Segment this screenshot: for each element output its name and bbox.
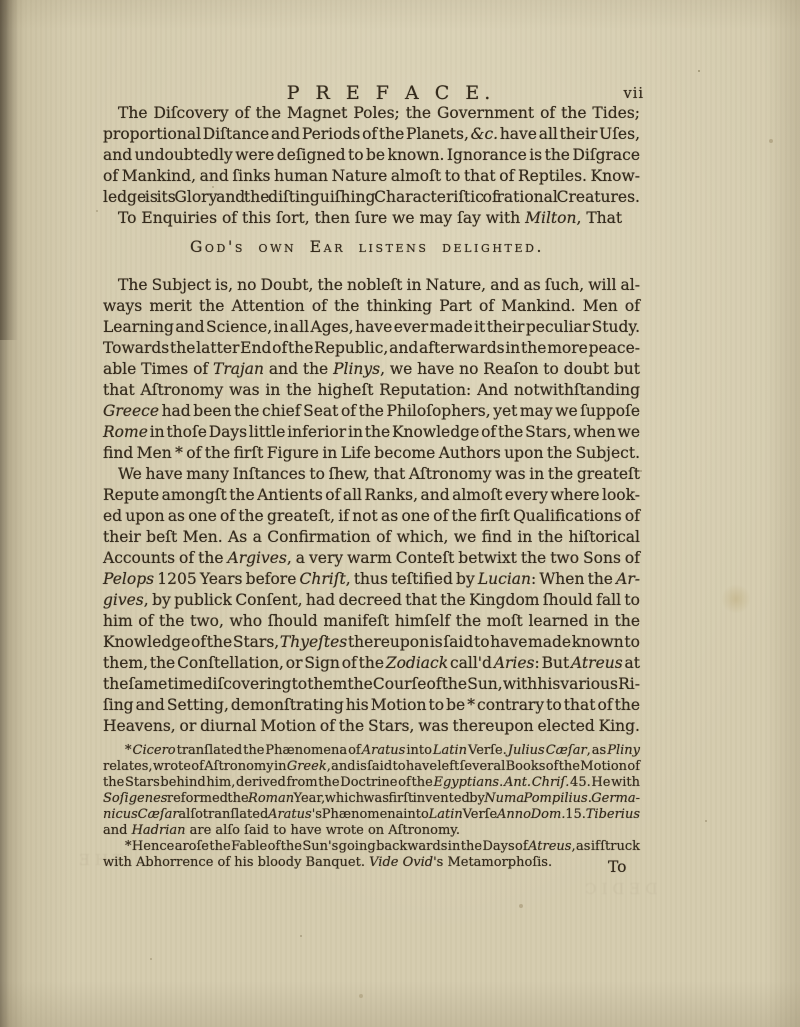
italic-text-run: Soſigenes [103, 791, 167, 806]
italic-text-run: Atreus [528, 839, 571, 854]
italic-text-run: Julius Cæſar [508, 743, 587, 758]
text-run: at [623, 654, 640, 672]
italic-text-run: Greek [287, 759, 327, 774]
text-run: , as if ſtruck [571, 839, 640, 854]
italic-text-run: Germa- [591, 791, 640, 806]
text-run: have all their Uſes, [498, 125, 640, 143]
text-line: ways merit the Attention of the thinking… [103, 296, 640, 317]
text-run: their beſt Men. As a Confirmation of whi… [103, 528, 640, 546]
italic-text-run: Chriſt [300, 570, 346, 588]
italic-text-run: Latin [433, 743, 467, 758]
text-run: : When the [531, 570, 616, 588]
text-run: , That [576, 209, 622, 227]
text-run: Accounts of the [103, 549, 228, 567]
text-run: 45. He with [569, 775, 640, 790]
text-run: 's Metamorphoſis. [433, 855, 552, 870]
text-run: able Times of [103, 360, 213, 378]
italic-text-run: Egyptians [433, 775, 499, 790]
body-text-upper: The Diſcovery of the Magnet Poles; the G… [103, 103, 640, 229]
text-run: : But [535, 654, 572, 672]
text-run: the ſame time diſcovering to them the Co… [103, 675, 640, 693]
paper-stain [722, 583, 750, 615]
text-run: ed upon as one of the greateſt, if not a… [103, 507, 640, 525]
text-run: and [103, 823, 132, 838]
text-run: , as [587, 743, 608, 758]
italic-text-run: Cicero [133, 743, 176, 758]
text-run: 's Phænomena into [312, 807, 429, 822]
text-line: them, the Conſtellation, or Sign of the … [103, 653, 640, 674]
text-run: and undoubtedly were deſigned to be know… [103, 146, 640, 164]
text-line: The Subject is, no Doubt, the nobleſt in… [103, 275, 640, 296]
italic-text-run: Lucian [478, 570, 531, 588]
text-run: had been the chief Seat of the Philoſoph… [159, 402, 640, 420]
text-run: Verſe. [467, 743, 508, 758]
page-number: vii [624, 86, 644, 102]
text-run: reformed the [167, 791, 248, 806]
text-line: Greece had been the chief Seat of the Ph… [103, 401, 640, 422]
show-through-ghost-text: THE [74, 851, 123, 869]
text-run: Towards the latter End of the Republic, … [103, 339, 640, 357]
body-text-lower: The Subject is, no Doubt, the nobleſt in… [103, 275, 640, 737]
italic-text-run: Pliny [607, 743, 640, 758]
text-run: tranſlated the Phænomena of [176, 743, 362, 758]
italic-text-run: Tiberius [586, 807, 640, 822]
book-page-scan: P R E F A C E. vii The Diſcovery of the … [0, 0, 800, 1027]
text-line: Accounts of the Argives, a very warm Con… [103, 548, 640, 569]
show-through-ghost-text: DEDIC [580, 880, 657, 898]
text-line: with Abhorrence of his bloody Banquet. V… [103, 855, 640, 871]
text-line: Rome in thoſe Days little inferior in th… [103, 422, 640, 443]
text-line: find Men * of the firſt Figure in Life b… [103, 443, 640, 464]
text-line: * Cicero tranſlated the Phænomena of Ara… [103, 743, 640, 759]
text-run: and the [264, 360, 333, 378]
italic-text-run: &c. [471, 125, 498, 143]
text-run: the Stars behind him, derived from the D… [103, 775, 433, 790]
text-column: The Diſcovery of the Magnet Poles; the G… [86, 103, 648, 871]
text-run: in thoſe Days little inferior in the Kno… [148, 423, 640, 441]
italic-text-run: Anno Dom. [497, 807, 565, 822]
text-run: them, the Conſtellation, or Sign of the [103, 654, 386, 672]
text-line: The Diſcovery of the Magnet Poles; the G… [103, 103, 640, 124]
footnotes-block: * Cicero tranſlated the Phænomena of Ara… [103, 743, 640, 871]
text-run: Repute amongſt the Antients of all Ranks… [103, 486, 640, 504]
text-line: Knowledge of the Stars, Thyeſtes thereup… [103, 632, 640, 653]
text-run: Heavens, or diurnal Motion of the Stars,… [103, 717, 640, 735]
italic-text-run: Hadrian [132, 823, 186, 838]
text-run: ſing and Setting, demonſtrating his Moti… [103, 696, 640, 714]
text-run: We have many Inſtances to ſhew, that Aſt… [118, 465, 640, 483]
text-run: Knowledge of the Stars, [103, 633, 280, 651]
text-line: gives, by publick Conſent, had decreed t… [103, 590, 640, 611]
text-line: proportional Diſtance and Periods of the… [103, 124, 640, 145]
text-line: We have many Inſtances to ſhew, that Aſt… [103, 464, 640, 485]
italic-text-run: Vide Ovid [369, 855, 433, 870]
text-run: with Abhorrence of his bloody Banquet. [103, 855, 369, 870]
text-run: 1205 Years before [154, 570, 299, 588]
page-title: P R E F A C E. [86, 82, 648, 104]
text-run: of Mankind, and ſinks human Nature almoſ… [103, 167, 640, 185]
text-run: find Men * of the firſt Figure in Life b… [103, 444, 640, 462]
text-run: him of the two, who ſhould manifeſt himſ… [103, 612, 640, 630]
text-line: relates, wrote of Aſtronomy in Greek, an… [103, 759, 640, 775]
italic-text-run: Milton [525, 209, 576, 227]
text-run: call'd [448, 654, 494, 672]
italic-text-run: Aries [494, 654, 535, 672]
text-line: that Aſtronomy was in the higheſt Reputa… [103, 380, 640, 401]
text-line: Soſigenes reformed the Roman Year, which… [103, 791, 640, 807]
gutter-shadow [0, 0, 18, 340]
text-run: Learning and Science, in all Ages, have … [103, 318, 640, 336]
text-run: , thus teſtified by [346, 570, 478, 588]
text-run: , by publick Conſent, had decreed that t… [144, 591, 640, 609]
italic-text-run: Numa Pompilius [484, 791, 587, 806]
text-line: ſing and Setting, demonſtrating his Moti… [103, 695, 640, 716]
text-line: * Hence aroſe the Fable of the Sun's goi… [103, 839, 640, 855]
text-line: To Enquiries of this ſort, then ſure we … [103, 208, 640, 229]
text-run: into [405, 743, 433, 758]
text-line: ed upon as one of the greateſt, if not a… [103, 506, 640, 527]
text-run: Year, which was firſt invented by [294, 791, 484, 806]
text-run: ways merit the Attention of the thinking… [103, 297, 640, 315]
text-run: , we have no Reaſon to doubt but [380, 360, 640, 378]
italic-text-run: Atreus [571, 654, 623, 672]
text-line: Pelops 1205 Years before Chriſt, thus te… [103, 569, 640, 590]
italic-text-run: nicus Cæſar [103, 807, 179, 822]
text-line: of Mankind, and ſinks human Nature almoſ… [103, 166, 640, 187]
italic-text-run: gives [103, 591, 144, 609]
text-run: relates, wrote of Aſtronomy in [103, 759, 287, 774]
text-line: ledge is its Glory and the diſtinguiſhin… [103, 187, 640, 208]
italic-text-run: Rome [103, 423, 148, 441]
text-run: ledge is its Glory and the diſtinguiſhin… [103, 188, 640, 206]
paper-specks [698, 70, 700, 72]
italic-text-run: Thyeſtes [280, 633, 347, 651]
milton-quote: God's own Ear listens delighted. [86, 238, 648, 259]
italic-text-run: Greece [103, 402, 159, 420]
text-line: Towards the latter End of the Republic, … [103, 338, 640, 359]
text-line: Repute amongſt the Antients of all Ranks… [103, 485, 640, 506]
text-run: * [125, 743, 133, 758]
text-line: able Times of Trajan and the Plinys, we … [103, 359, 640, 380]
text-line: Learning and Science, in all Ages, have … [103, 317, 640, 338]
text-run: alſo tranſlated [179, 807, 268, 822]
text-run: , and is ſaid to have left ſeveral Books… [327, 759, 640, 774]
text-line: the ſame time diſcovering to them the Co… [103, 674, 640, 695]
text-line: nicus Cæſar alſo tranſlated Aratus's Phæ… [103, 807, 640, 823]
italic-text-run: Ant. Chriſ. [504, 775, 569, 790]
text-run: thereupon is ſaid to have made known to [347, 633, 640, 651]
italic-text-run: Latin [429, 807, 463, 822]
text-run: Verſe [463, 807, 497, 822]
text-run: proportional Diſtance and Periods of the… [103, 125, 471, 143]
text-run: To Enquiries of this ſort, then ſure we … [118, 209, 525, 227]
text-line: and undoubtedly were deſigned to be know… [103, 145, 640, 166]
text-run: * Hence aroſe the Fable of the Sun's goi… [125, 839, 528, 854]
text-line: their beſt Men. As a Confirmation of whi… [103, 527, 640, 548]
text-run: 15. [565, 807, 585, 822]
italic-text-run: Argives [228, 549, 287, 567]
text-line: Heavens, or diurnal Motion of the Stars,… [103, 716, 640, 737]
text-run: The Subject is, no Doubt, the nobleſt in… [118, 276, 640, 294]
text-run: that Aſtronomy was in the higheſt Reputa… [103, 381, 640, 399]
catchword: To [608, 858, 626, 876]
italic-text-run: Zodiack [386, 654, 448, 672]
italic-text-run: Aratus [268, 807, 312, 822]
italic-text-run: Plinys [333, 360, 380, 378]
italic-text-run: Ar- [616, 570, 640, 588]
text-run: , a very warm Conteſt betwixt the two So… [287, 549, 640, 567]
italic-text-run: Roman [248, 791, 294, 806]
italic-text-run: Trajan [213, 360, 264, 378]
text-line: and Hadrian are alſo ſaid to have wrote … [103, 823, 640, 839]
text-run: The Diſcovery of the Magnet Poles; the G… [118, 104, 640, 122]
text-line: the Stars behind him, derived from the D… [103, 775, 640, 791]
text-run: are alſo ſaid to have wrote on Aſtronomy… [185, 823, 460, 838]
italic-text-run: Pelops [103, 570, 154, 588]
italic-text-run: Aratus [362, 743, 406, 758]
text-line: him of the two, who ſhould manifeſt himſ… [103, 611, 640, 632]
